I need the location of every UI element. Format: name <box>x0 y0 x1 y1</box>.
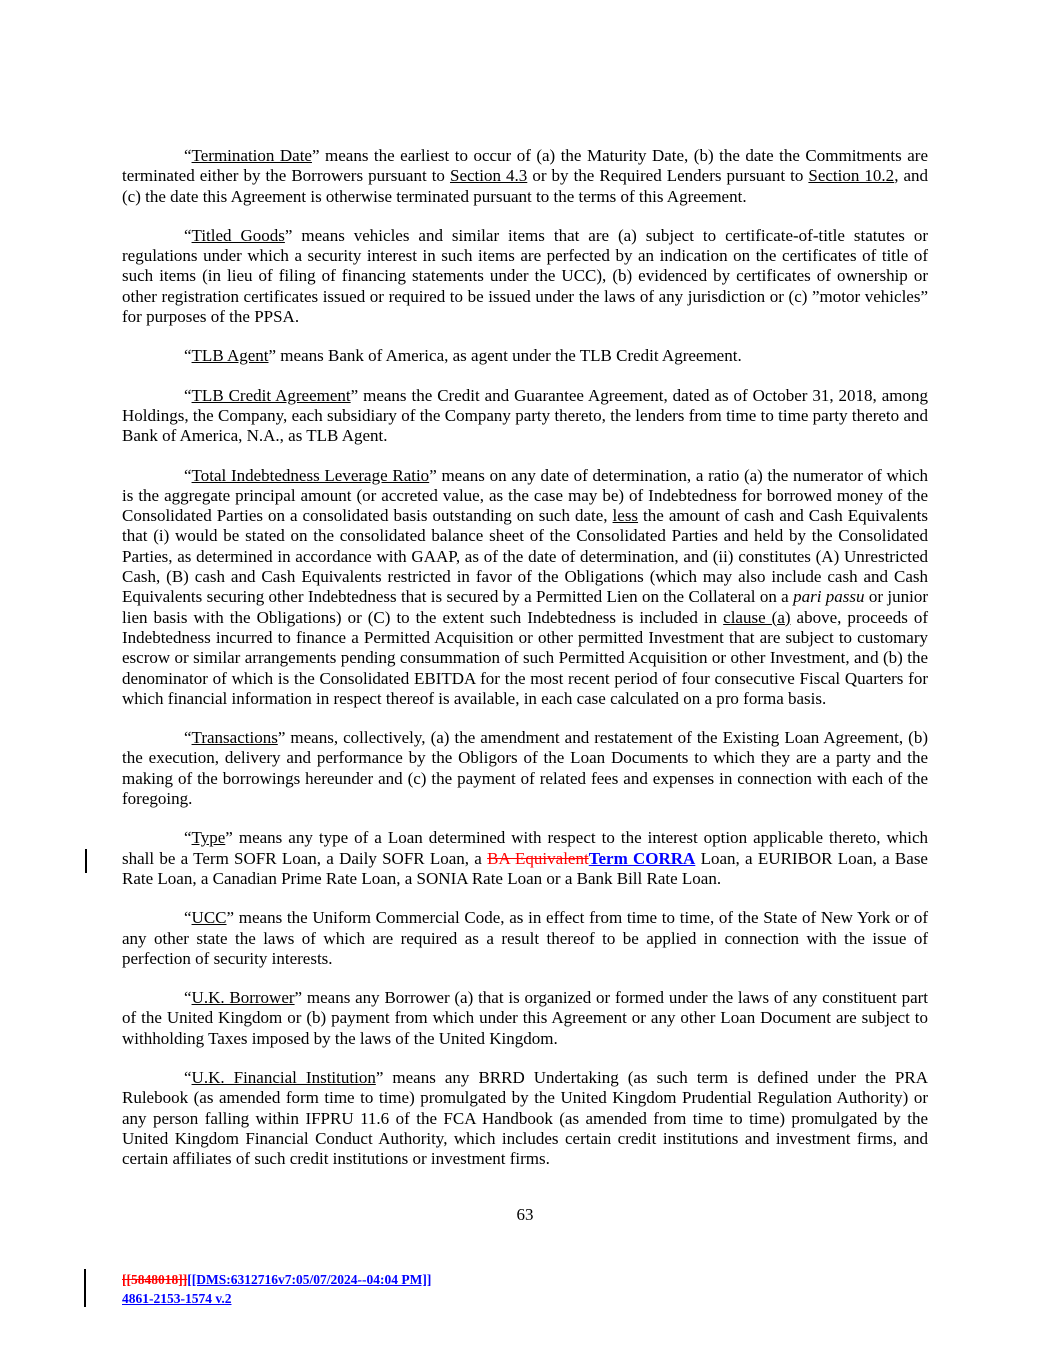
defined-term: TLB Credit Agreement <box>192 386 351 405</box>
text-run: “ <box>184 988 192 1007</box>
footer-doc-id-line: 4861-2153-1574 v.2 <box>122 1290 431 1309</box>
text-run: “ <box>184 346 192 365</box>
clause-reference: clause (a) <box>723 608 790 627</box>
text-run: ” means Bank of America, as agent under … <box>269 346 742 365</box>
document-footer: [[5848018]][[DMS:6312716v7:05/07/2024--0… <box>122 1271 431 1308</box>
definition-tlb-credit-agreement: “TLB Credit Agreement” means the Credit … <box>122 386 928 447</box>
defined-term: TLB Agent <box>192 346 269 365</box>
text-run: “ <box>184 226 192 245</box>
text-run: pari passu <box>793 587 864 606</box>
defined-term: Total Indebtedness Leverage Ratio <box>192 466 430 485</box>
defined-term: UCC <box>192 908 227 927</box>
definition-uk-financial-institution: “U.K. Financial Institution” means any B… <box>122 1068 928 1169</box>
defined-term: Titled Goods <box>192 226 285 245</box>
defined-term: Termination Date <box>192 146 312 165</box>
footer-deleted-id: [[5848018]] <box>122 1272 187 1287</box>
document-body: “Termination Date” means the earliest to… <box>122 146 928 1188</box>
definition-ucc: “UCC” means the Uniform Commercial Code,… <box>122 908 928 969</box>
deleted-text: BA Equivalent <box>487 849 589 868</box>
text-run: “ <box>184 828 192 847</box>
footer-stamp-line: [[5848018]][[DMS:6312716v7:05/07/2024--0… <box>122 1271 431 1290</box>
definition-transactions: “Transactions” means, collectively, (a) … <box>122 728 928 809</box>
footer-doc-id: 4861-2153-1574 v.2 <box>122 1291 232 1306</box>
footer-dms-stamp: [[DMS:6312716v7:05/07/2024--04:04 PM]] <box>187 1272 431 1287</box>
section-reference: Section 10.2 <box>808 166 894 185</box>
definition-tlb-agent: “TLB Agent” means Bank of America, as ag… <box>122 346 928 366</box>
defined-term: Transactions <box>192 728 278 747</box>
text-run: ” means the Uniform Commercial Code, as … <box>122 908 928 968</box>
defined-term: U.K. Financial Institution <box>192 1068 376 1087</box>
definition-titled-goods: “Titled Goods” means vehicles and simila… <box>122 226 928 327</box>
text-run: or by the Required Lenders pursuant to <box>527 166 808 185</box>
text-run: “ <box>184 908 192 927</box>
page-number: 63 <box>122 1205 928 1225</box>
defined-term: Type <box>192 828 226 847</box>
text-run: “ <box>184 1068 192 1087</box>
document-page: “Termination Date” means the earliest to… <box>0 0 1055 1365</box>
text-run: “ <box>184 386 192 405</box>
definition-type: “Type” means any type of a Loan determin… <box>122 828 928 889</box>
text-run: “ <box>184 146 192 165</box>
definition-termination-date: “Termination Date” means the earliest to… <box>122 146 928 207</box>
section-reference: Section 4.3 <box>450 166 527 185</box>
inserted-text: Term CORRA <box>589 849 696 868</box>
definition-total-indebtedness-leverage-ratio: “Total Indebtedness Leverage Ratio” mean… <box>122 466 928 710</box>
change-bar <box>85 849 87 873</box>
footer-change-bar <box>84 1269 86 1307</box>
defined-term: U.K. Borrower <box>192 988 295 1007</box>
text-run: less <box>613 506 639 525</box>
text-run: “ <box>184 466 192 485</box>
text-run: “ <box>184 728 192 747</box>
definition-uk-borrower: “U.K. Borrower” means any Borrower (a) t… <box>122 988 928 1049</box>
